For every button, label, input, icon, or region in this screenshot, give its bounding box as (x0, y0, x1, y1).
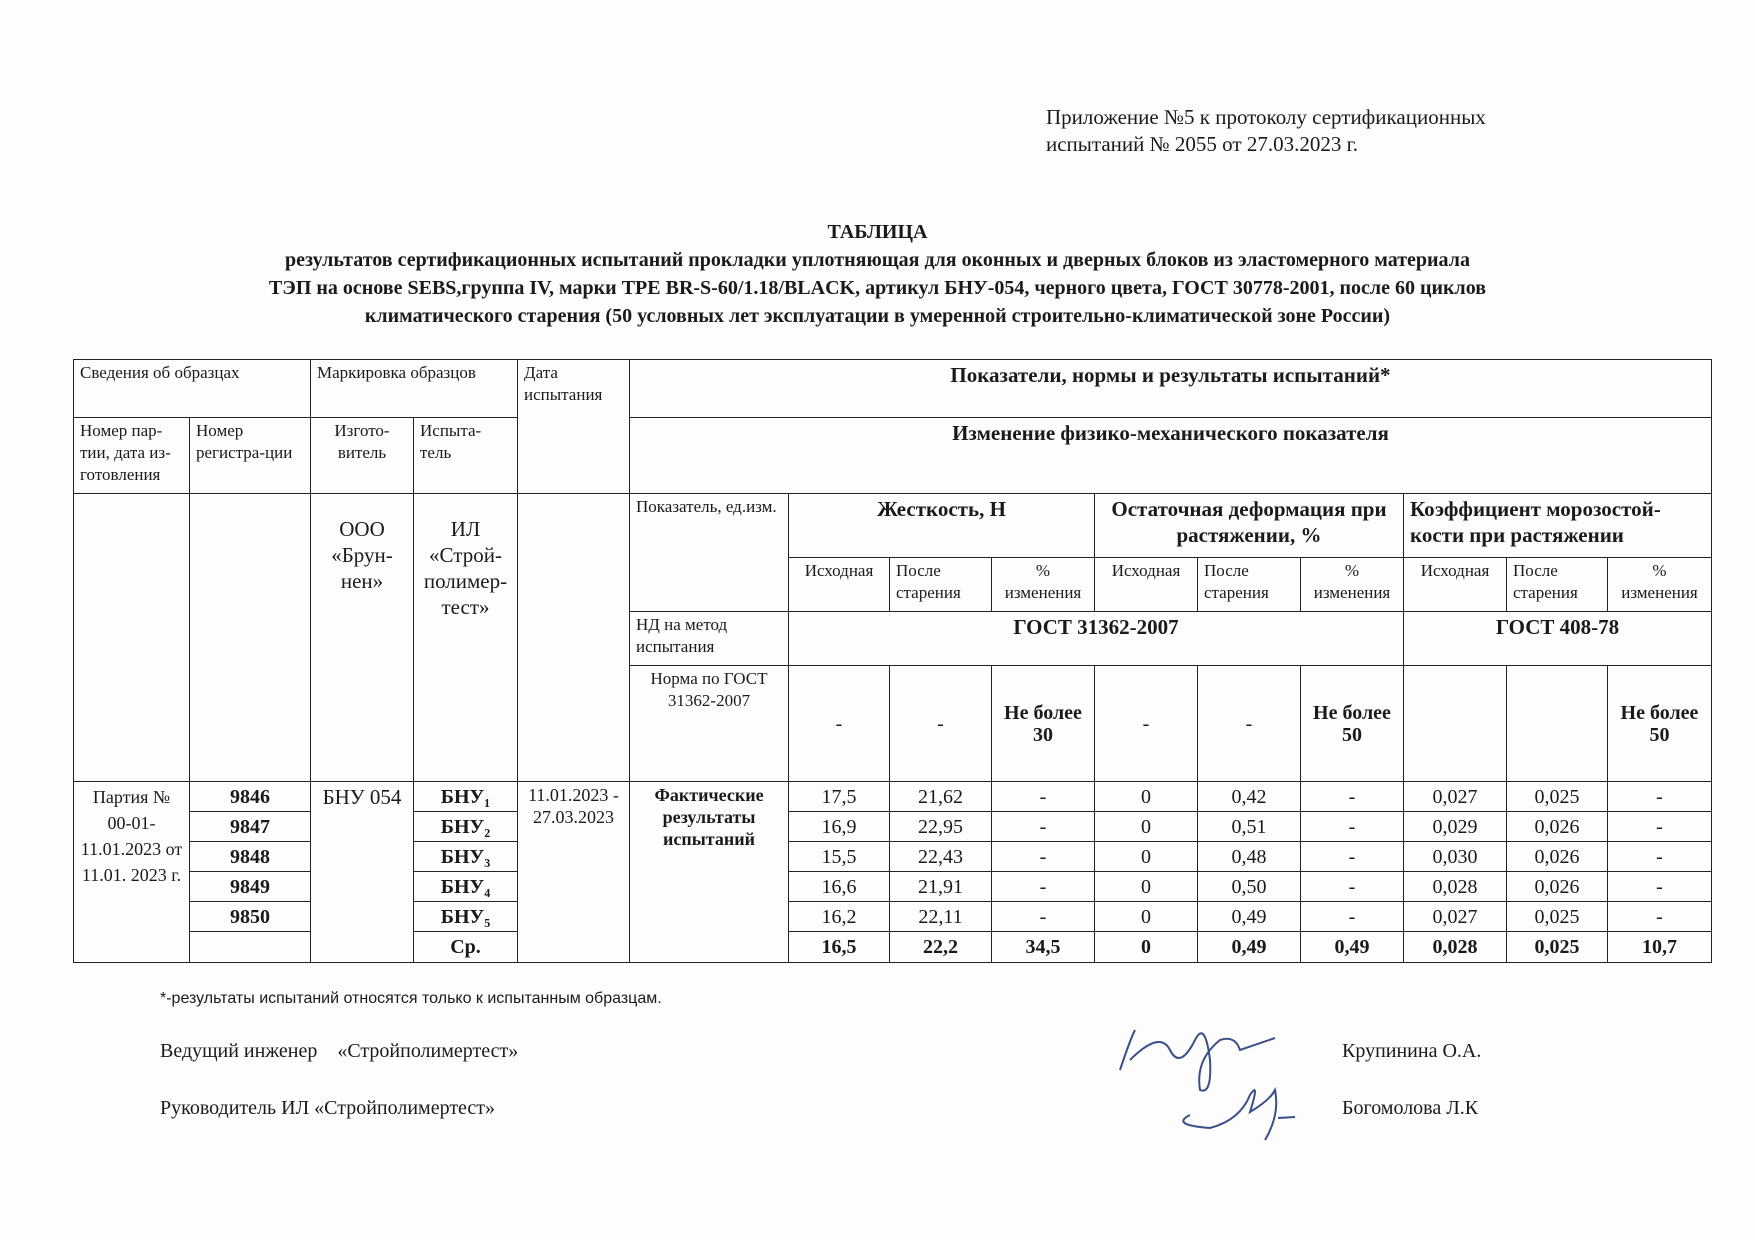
value-cell: 16,2 (789, 902, 890, 932)
value-cell: - (992, 782, 1095, 812)
value-cell: - (992, 842, 1095, 872)
header-batch: Номер пар-тии, дата из-готовления (74, 418, 190, 494)
results-table: Сведения об образцах Маркировка образцов… (73, 359, 1712, 963)
value-cell: - (1608, 812, 1712, 842)
test-date-range: 11.01.2023 - 27.03.2023 (518, 782, 630, 963)
value-cell: 0 (1095, 812, 1198, 842)
value-cell: 0,42 (1198, 782, 1301, 812)
sub-percent: % изменения (992, 558, 1095, 612)
head-name: Богомолова Л.К (1342, 1097, 1478, 1120)
value-cell: 16,6 (789, 872, 890, 902)
value-cell: 15,5 (789, 842, 890, 872)
norm-cell: Не более 50 (1608, 666, 1712, 782)
norm-cell: - (789, 666, 890, 782)
average-label: Ср. (414, 932, 518, 963)
header-manufacturer: Изгото-витель (311, 418, 414, 494)
head-label: Руководитель ИЛ «Стройполимертест» (160, 1097, 495, 1120)
value-cell: 0,49 (1198, 902, 1301, 932)
table-row: Партия № 00-01-11.01.2023 от 11.01. 2023… (74, 782, 1712, 812)
header-registration: Номер регистра-ции (190, 418, 311, 494)
header-marking: Маркировка образцов (311, 360, 518, 418)
header-frost-coefficient: Коэффициент морозостой-кости при растяже… (1404, 494, 1712, 558)
sub-initial: Исходная (1095, 558, 1198, 612)
sample-mark: БНУ₃ (414, 842, 518, 872)
method-gost-31362: ГОСТ 31362-2007 (789, 612, 1404, 666)
label-indicator-unit: Показатель, ед.изм. (630, 494, 789, 612)
appendix-line-1: Приложение №5 к протоколу сертификационн… (1046, 104, 1486, 131)
value-cell: - (1301, 812, 1404, 842)
sample-mark: БНУ₅ (414, 902, 518, 932)
tester-name: ИЛ «Строй-полимер-тест» (414, 494, 518, 782)
sub-after: После старения (1507, 558, 1608, 612)
norm-cell: Не более 50 (1301, 666, 1404, 782)
value-cell: - (1608, 872, 1712, 902)
header-samples-info: Сведения об образцах (74, 360, 311, 418)
registration-empty-top (190, 494, 311, 782)
norm-cell: - (890, 666, 992, 782)
registration-number: 9846 (190, 782, 311, 812)
value-cell: 22,11 (890, 902, 992, 932)
value-cell: 22,43 (890, 842, 992, 872)
norm-cell (1507, 666, 1608, 782)
engineer-label: Ведущий инженер «Стройполимертест» (160, 1040, 518, 1063)
registration-number: 9850 (190, 902, 311, 932)
method-gost-408: ГОСТ 408-78 (1404, 612, 1712, 666)
header-stiffness: Жесткость, Н (789, 494, 1095, 558)
header-indicators: Показатели, нормы и результаты испытаний… (630, 360, 1712, 418)
value-cell: 17,5 (789, 782, 890, 812)
label-method: НД на метод испытания (630, 612, 789, 666)
value-cell: 0,029 (1404, 812, 1507, 842)
value-cell: 0 (1095, 902, 1198, 932)
value-cell: - (992, 902, 1095, 932)
appendix-line-2: испытаний № 2055 от 27.03.2023 г. (1046, 131, 1486, 158)
norm-cell: - (1095, 666, 1198, 782)
value-cell: 0,028 (1404, 872, 1507, 902)
average-cell: 0 (1095, 932, 1198, 963)
registration-number: 9847 (190, 812, 311, 842)
value-cell: - (1608, 842, 1712, 872)
article-value: БНУ 054 (311, 782, 414, 963)
header-change: Изменение физико-механического показател… (630, 418, 1712, 494)
sub-initial: Исходная (789, 558, 890, 612)
value-cell: 0 (1095, 782, 1198, 812)
label-actual-results: Фактические результаты испытаний (630, 782, 789, 963)
value-cell: 0,030 (1404, 842, 1507, 872)
header-test-date: Дата испытания (518, 360, 630, 494)
value-cell: - (1301, 872, 1404, 902)
date-empty-top (518, 494, 630, 782)
header-tester: Испыта-тель (414, 418, 518, 494)
value-cell: 0,025 (1507, 902, 1608, 932)
norm-cell: - (1198, 666, 1301, 782)
norm-cell: Не более 30 (992, 666, 1095, 782)
average-cell: 22,2 (890, 932, 992, 963)
sub-after: После старения (1198, 558, 1301, 612)
value-cell: - (1301, 842, 1404, 872)
value-cell: 0 (1095, 842, 1198, 872)
manufacturer-name: ООО «Брун-нен» (311, 494, 414, 782)
value-cell: - (992, 872, 1095, 902)
value-cell: - (1608, 782, 1712, 812)
average-cell: 16,5 (789, 932, 890, 963)
registration-number: 9849 (190, 872, 311, 902)
title-line-2: ТЭП на основе SEBS,группа IV, марки TPE … (0, 274, 1755, 302)
value-cell: 0,026 (1507, 812, 1608, 842)
value-cell: 0,025 (1507, 782, 1608, 812)
average-cell: 10,7 (1608, 932, 1712, 963)
value-cell: 0,48 (1198, 842, 1301, 872)
value-cell: 0,51 (1198, 812, 1301, 842)
sub-percent: % изменения (1301, 558, 1404, 612)
sample-mark: БНУ₁ (414, 782, 518, 812)
value-cell: 0,026 (1507, 842, 1608, 872)
value-cell: - (1301, 782, 1404, 812)
batch-value: Партия № 00-01-11.01.2023 от 11.01. 2023… (74, 782, 190, 963)
value-cell: 0,027 (1404, 782, 1507, 812)
title-line-3: климатического старения (50 условных лет… (0, 302, 1755, 330)
sub-after: После старения (890, 558, 992, 612)
value-cell: 0,026 (1507, 872, 1608, 902)
value-cell: 0 (1095, 872, 1198, 902)
value-cell: - (1608, 902, 1712, 932)
sample-mark: БНУ₄ (414, 872, 518, 902)
value-cell: - (1301, 902, 1404, 932)
value-cell: 16,9 (789, 812, 890, 842)
title-line-1: результатов сертификационных испытаний п… (0, 246, 1755, 274)
appendix-note: Приложение №5 к протоколу сертификационн… (1046, 104, 1486, 158)
footnote: *-результаты испытаний относятся только … (160, 990, 662, 1008)
average-cell: 34,5 (992, 932, 1095, 963)
value-cell: 22,95 (890, 812, 992, 842)
average-cell: 0,025 (1507, 932, 1608, 963)
average-cell: 0,028 (1404, 932, 1507, 963)
signature-icon (1100, 1000, 1340, 1150)
registration-empty (190, 932, 311, 963)
registration-number: 9848 (190, 842, 311, 872)
value-cell: - (992, 812, 1095, 842)
value-cell: 21,62 (890, 782, 992, 812)
sub-initial: Исходная (1404, 558, 1507, 612)
norm-cell (1404, 666, 1507, 782)
batch-empty-top (74, 494, 190, 782)
sub-percent: % изменения (1608, 558, 1712, 612)
average-cell: 0,49 (1198, 932, 1301, 963)
header-residual-deformation: Остаточная деформация при растяжении, % (1095, 494, 1404, 558)
sample-mark: БНУ₂ (414, 812, 518, 842)
value-cell: 21,91 (890, 872, 992, 902)
engineer-name: Крупинина О.А. (1342, 1040, 1481, 1063)
value-cell: 0,50 (1198, 872, 1301, 902)
average-cell: 0,49 (1301, 932, 1404, 963)
label-norm: Норма по ГОСТ 31362-2007 (630, 666, 789, 782)
value-cell: 0,027 (1404, 902, 1507, 932)
table-title: ТАБЛИЦА (0, 218, 1755, 246)
